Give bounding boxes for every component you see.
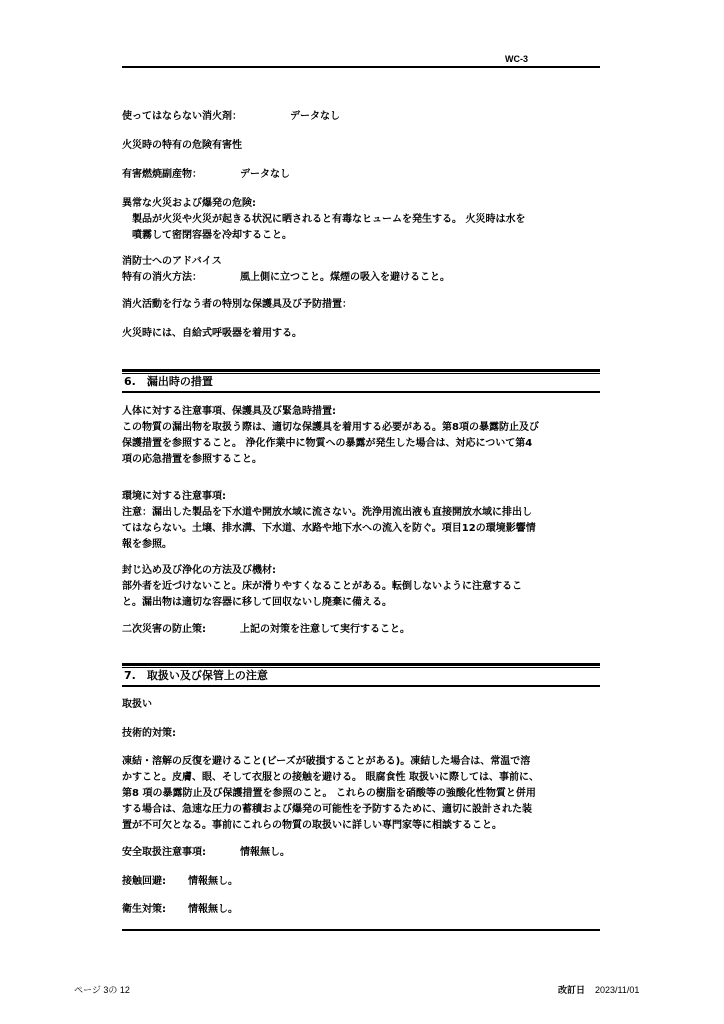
environmental-precautions: 環境に対する注意事項: 注意：漏出した製品を下水道や開放水域に流さない。洗浄用流… [122, 489, 600, 553]
contact-avoidance-label: 接触回避: [122, 874, 188, 890]
technical-measures-line: 凍結・溶解の反復を避けること(ビーズが破損することがある)。凍結した場合は、常温… [122, 754, 600, 770]
hygiene-value: 情報無し。 [188, 904, 238, 915]
unsuitable-media-label: 使ってはならない消火剤： [122, 109, 290, 125]
secondary-disaster: 二次災害の防止策:上記の対策を注意して実行すること。 [122, 622, 600, 638]
environmental-precautions-line: てはならない。土壌、排水溝、下水道、水路や地下水への流入を防ぐ。項目12の環境影… [122, 521, 600, 537]
header-rule [122, 66, 600, 68]
footer-rule [122, 929, 600, 931]
unsuitable-media-value: データなし [290, 111, 340, 122]
specific-hazards-heading: 火災時の特有の危険有害性 [122, 138, 600, 154]
hazardous-combustion: 有害燃焼副産物：データなし [122, 167, 600, 183]
firefighter-advice-heading: 消防士へのアドバイス [122, 254, 600, 270]
secondary-disaster-value: 上記の対策を注意して実行すること。 [240, 624, 410, 635]
technical-measures-label: 技術的対策: [122, 726, 600, 742]
personal-precautions-line: この物質の漏出物を取扱う際は、適切な保護具を着用する必要がある。第8項の暴露防止… [122, 420, 600, 436]
specific-methods-value: 風上側に立つこと。煤煙の吸入を避けること。 [240, 272, 450, 283]
unusual-hazards-line: 製品が火災や火災が起きる状況に晒されると有毒なヒュームを発生する。 火災時は水を [122, 212, 600, 228]
environmental-precautions-line: 報を参照。 [122, 537, 600, 553]
contact-avoidance: 接触回避:情報無し。 [122, 874, 600, 890]
personal-precautions: 人体に対する注意事項、保護具及び緊急時措置: この物質の漏出物を取扱う際は、適切… [122, 404, 600, 468]
unusual-hazards: 異常な火災および爆発の危険: 製品が火災や火災が起きる状況に晒されると有毒なヒュ… [122, 196, 600, 244]
unusual-hazards-line: 噴霧して密閉容器を冷却すること。 [122, 228, 600, 244]
unsuitable-media: 使ってはならない消火剤：データなし [122, 109, 600, 125]
protective-equipment-heading: 消火活動を行なう者の特別な保護具及び予防措置： [122, 297, 600, 313]
technical-measures-line: かすこと。皮膚、眼、そして衣服との接触を避ける。 眼腐食性 取扱いに際しては、事… [122, 770, 600, 786]
technical-measures: 凍結・溶解の反復を避けること(ビーズが破損することがある)。凍結した場合は、常温… [122, 754, 600, 834]
secondary-disaster-label: 二次災害の防止策: [122, 622, 240, 638]
containment-label: 封じ込め及び浄化の方法及び機材: [122, 563, 600, 579]
revision-info: 改訂日2023/11/01 [558, 983, 639, 996]
safe-handling: 安全取扱注意事項:情報無し。 [122, 845, 600, 861]
technical-measures-line: 第8 項の暴露防止及び保護措置を参照のこと。 これらの樹脂を硝酸等の強酸化性物質… [122, 786, 600, 802]
section-rule-thick [122, 663, 600, 666]
hygiene-label: 衛生対策: [122, 902, 188, 918]
page-number: ページ 3の 12 [74, 983, 130, 996]
document-code: WC-3 [505, 54, 528, 64]
personal-precautions-line: 項の応急措置を参照すること。 [122, 452, 600, 468]
revision-date: 2023/11/01 [595, 985, 639, 995]
specific-methods-label: 特有の消火方法： [122, 270, 240, 286]
personal-precautions-label: 人体に対する注意事項、保護具及び緊急時措置: [122, 404, 600, 420]
section-rule-thick [122, 369, 600, 372]
section-7-title: 7. 取扱い及び保管上の注意 [124, 668, 268, 684]
section-6-title: 6. 漏出時の措置 [124, 374, 213, 390]
hygiene: 衛生対策:情報無し。 [122, 902, 600, 918]
containment-line: 部外者を近づけないこと。床が滑りやすくなることがある。転倒しないように注意するこ [122, 579, 600, 595]
handling-heading: 取扱い [122, 697, 600, 713]
technical-measures-line: 置が不可欠となる。事前にこれらの物質の取扱いに詳しい専門家等に相談すること。 [122, 818, 600, 834]
hazardous-combustion-value: データなし [240, 169, 290, 180]
safe-handling-value: 情報無し。 [240, 847, 290, 858]
unusual-hazards-label: 異常な火災および爆発の危険: [122, 196, 600, 212]
containment: 封じ込め及び浄化の方法及び機材: 部外者を近づけないこと。床が滑りやすくなること… [122, 563, 600, 611]
personal-precautions-line: 保護措置を参照すること。 浄化作業中に物質への暴露が発生した場合は、対応について… [122, 436, 600, 452]
protective-equipment-text: 火災時には、自給式呼吸器を着用する。 [122, 326, 600, 342]
hazardous-combustion-label: 有害燃焼副産物： [122, 167, 240, 183]
environmental-precautions-label: 環境に対する注意事項: [122, 489, 600, 505]
section-rule-under [122, 391, 600, 393]
safe-handling-label: 安全取扱注意事項: [122, 845, 240, 861]
contact-avoidance-value: 情報無し。 [188, 876, 238, 887]
containment-line: と。漏出物は適切な容器に移して回収ないし廃棄に備える。 [122, 595, 600, 611]
section-6-header: 6. 漏出時の措置 [122, 369, 600, 391]
revision-label: 改訂日 [558, 985, 585, 995]
firefighter-advice: 消防士へのアドバイス 特有の消火方法：風上側に立つこと。煤煙の吸入を避けること。 [122, 254, 600, 286]
environmental-precautions-line: 注意：漏出した製品を下水道や開放水域に流さない。洗浄用流出液も直接開放水域に排出… [122, 505, 600, 521]
section-rule-under [122, 685, 600, 687]
technical-measures-line: する場合は、急速な圧力の蓄積および爆発の可能性を予防するために、適切に設計された… [122, 802, 600, 818]
section-7-header: 7. 取扱い及び保管上の注意 [122, 663, 600, 685]
